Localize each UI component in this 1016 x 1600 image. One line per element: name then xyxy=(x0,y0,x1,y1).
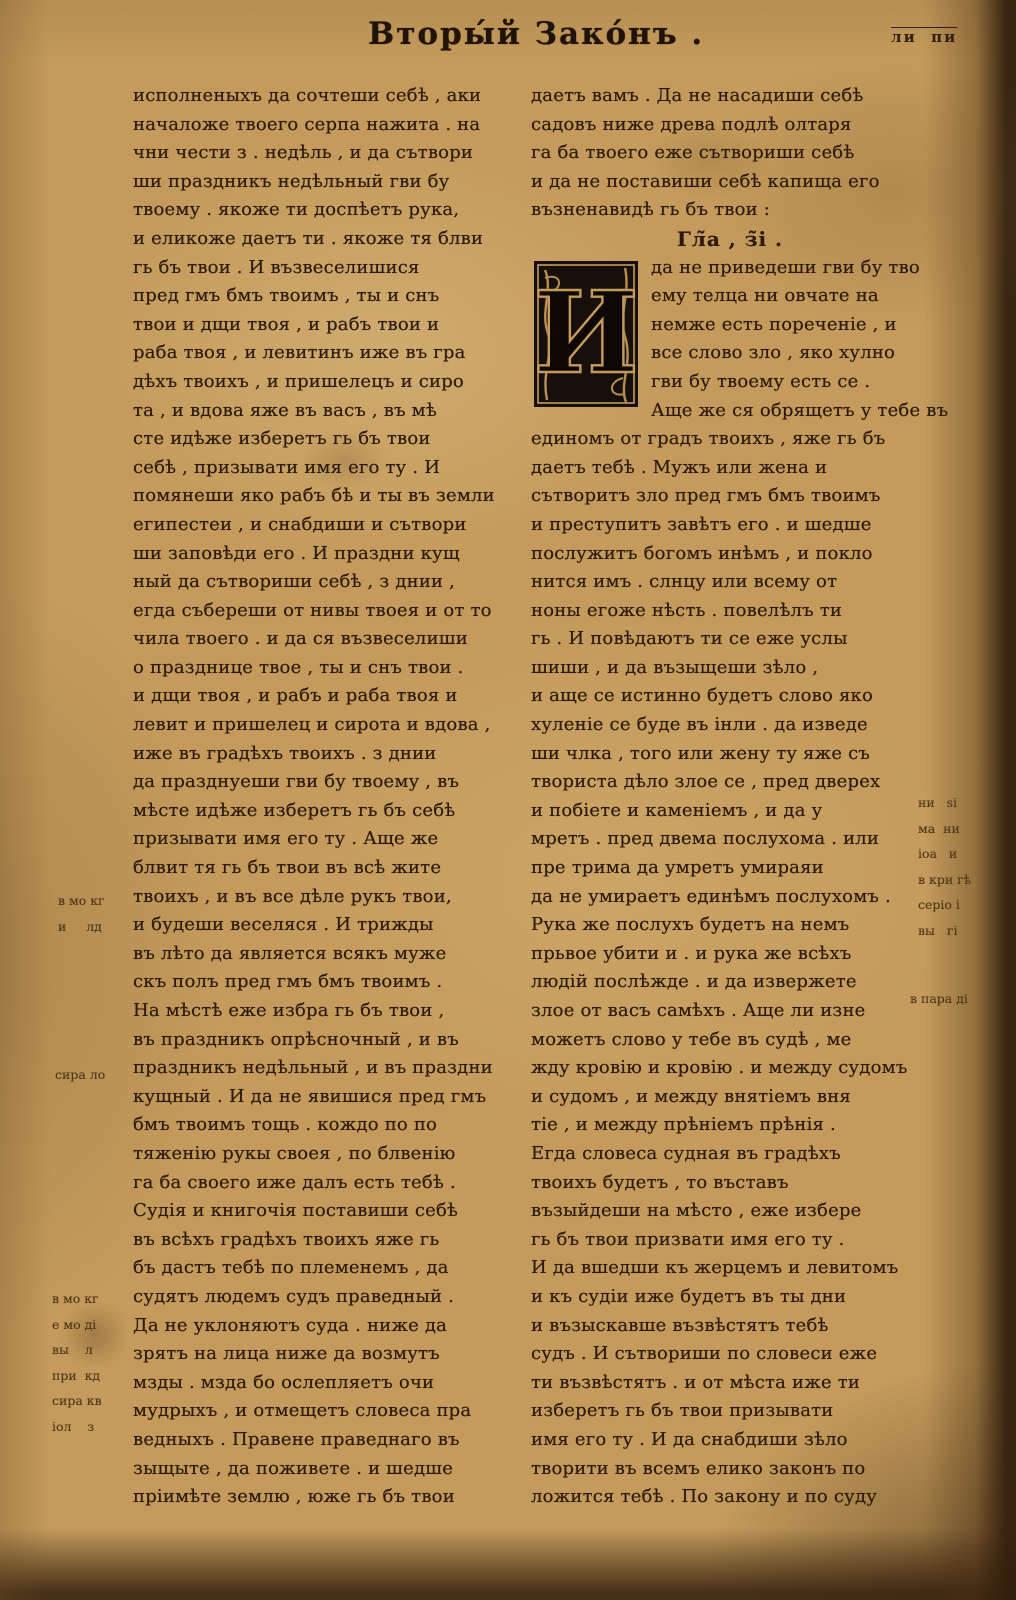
text-line: възненавидѣ гь бъ твои : xyxy=(531,196,929,225)
text-line: твоихъ будетъ , то въставъ xyxy=(531,1169,929,1198)
text-line: пре трима да умретъ умираяи xyxy=(531,854,929,883)
text-line: ный да сътвориши себѣ , з днии , xyxy=(133,568,529,597)
text-line: можетъ слово у тебе въ судѣ , ме xyxy=(531,1026,929,1055)
margin-note-group: в мо кги лд xyxy=(58,888,105,939)
margin-note: е мо ді xyxy=(52,1312,102,1338)
margin-note: іол з xyxy=(52,1414,102,1440)
text-line: мретъ . пред двема послухома . или xyxy=(531,825,929,854)
text-line: и еликоже даетъ ти . якоже тя блви xyxy=(133,225,529,254)
margin-note-group: ни ѕіма ниіоа ив кри гѣсеріо івы гі xyxy=(918,790,992,943)
text-line: и къ судіи иже будетъ въ ты дни xyxy=(531,1283,929,1312)
text-line: даетъ вамъ . Да не насадиши себѣ xyxy=(531,82,929,111)
text-line: помянеши яко рабъ бѣ и ты въ земли xyxy=(133,482,529,511)
margin-note: и лд xyxy=(58,914,105,940)
margin-note: ни ѕі xyxy=(918,790,992,816)
right-text-column: даетъ вамъ . Да не насадиши себѣсадовъ н… xyxy=(531,82,929,1512)
margin-note-group: сира ло xyxy=(55,1062,105,1088)
text-line: призывати имя его ту . Аще же xyxy=(133,825,529,854)
margin-note: вы гі xyxy=(918,918,992,944)
text-line: ноны егоже нѣсть . повелѣлъ ти xyxy=(531,597,929,626)
margin-note: при кд xyxy=(52,1363,102,1389)
text-line: и да не поставиши себѣ капища его xyxy=(531,168,929,197)
text-line: ши заповѣди его . И праздни кущ xyxy=(133,540,529,569)
text-line: тіе , и между прѣніемъ прѣнія . xyxy=(531,1111,929,1140)
margin-note-group: в пара ді xyxy=(910,986,968,1012)
text-line: зыщыте , да поживете . и шедше xyxy=(133,1455,529,1484)
margin-note: сира кв xyxy=(52,1388,102,1414)
margin-note: серіо і xyxy=(918,892,992,918)
text-line: въ праздникъ опрѣсночный , и въ xyxy=(133,1026,529,1055)
text-line: прьвое убити и . и рука же всѣхъ xyxy=(531,940,929,969)
text-line: изберетъ гь бъ твои призывати xyxy=(531,1397,929,1426)
text-line: мудрыхъ , и отмещетъ словеса пра xyxy=(133,1397,529,1426)
text-line: твоему . якоже ти доспѣетъ рука, xyxy=(133,196,529,225)
text-line: началоже твоего серпа нажита . на xyxy=(133,111,529,140)
margin-note: в пара ді xyxy=(910,986,968,1012)
text-line: кущный . И да не явишися пред гмъ xyxy=(133,1083,529,1112)
text-line: и будеши веселяся . И трижды xyxy=(133,911,529,940)
text-line: ши члка , того или жену ту яже съ xyxy=(531,740,929,769)
text-line: гь . И повѣдаютъ ти се еже услы xyxy=(531,625,929,654)
text-line: скъ полъ пред гмъ бмъ твоимъ . xyxy=(133,968,529,997)
text-line: египестеи , и снабдиши и сътвори xyxy=(133,511,529,540)
text-line: да празднуеши гви бу твоему , въ xyxy=(133,768,529,797)
text-line: злое от васъ самѣхъ . Аще ли изне xyxy=(531,997,929,1026)
text-line: левит и пришелец и сирота и вдова , xyxy=(133,711,529,740)
text-line: садовъ ниже древа подлѣ олтаря xyxy=(531,111,929,140)
right-column-top: даетъ вамъ . Да не насадиши себѣсадовъ н… xyxy=(531,82,929,225)
text-line: сте идѣже изберетъ гь бъ твои xyxy=(133,425,529,454)
margin-note: в мо кг xyxy=(52,1286,102,1312)
text-line: тяженію рукы своея , по блвенію xyxy=(133,1140,529,1169)
text-line: шиши , и да възыщеши зѣло , xyxy=(531,654,929,683)
woodcut-initial-art: И xyxy=(533,260,639,408)
margin-note-group: в мо кге мо дівы лпри кдсира квіол з xyxy=(52,1286,102,1439)
initial-letter: И xyxy=(533,268,639,399)
text-line: праздникъ недѣльный , и въ праздни xyxy=(133,1054,529,1083)
text-line: да не умираетъ единѣмъ послухомъ . xyxy=(531,883,929,912)
text-line: мзды . мзда бо ослепляетъ очи xyxy=(133,1369,529,1398)
text-line: хуленіе се буде въ інли . да изведе xyxy=(531,711,929,740)
text-line: ши праздникъ недѣльный гви бу xyxy=(133,168,529,197)
margin-note: іоа и xyxy=(918,841,992,867)
text-line: гь бъ твои . И възвеселишися xyxy=(133,254,529,283)
text-line: нится имъ . слнцу или всему от xyxy=(531,568,929,597)
text-line: ведныхъ . Правене праведнаго въ xyxy=(133,1426,529,1455)
left-text-column: исполненыхъ да сочтеши себѣ , акиначалож… xyxy=(133,82,529,1512)
text-line: судятъ людемъ судъ праведный . xyxy=(133,1283,529,1312)
text-line: и судомъ , и между внятіемъ вня xyxy=(531,1083,929,1112)
text-line: и възыскавше възвѣстятъ тебѣ xyxy=(531,1312,929,1341)
margin-note: вы л xyxy=(52,1337,102,1363)
text-line: дѣхъ твоихъ , и пришелецъ и сиро xyxy=(133,368,529,397)
text-line: Да не уклоняютъ суда . ниже да xyxy=(133,1312,529,1341)
text-line: и побіете и каменіемъ , и да у xyxy=(531,797,929,826)
text-line: въ лѣто да является всякъ муже xyxy=(133,940,529,969)
chapter-heading: Гл̃а , з̃і . xyxy=(531,225,929,254)
text-line: И да вшедши къ жерцемъ и левитомъ xyxy=(531,1254,929,1283)
text-line: възыйдеши на мѣсто , еже избере xyxy=(531,1197,929,1226)
text-line: ложится тебѣ . По закону и по суду xyxy=(531,1483,929,1512)
chapter-rest-text: Аще же ся обрящетъ у тебе въединомъ от г… xyxy=(531,397,929,1512)
text-line: даетъ тебѣ . Мужъ или жена и xyxy=(531,454,929,483)
chapter-body: И да не приведеши гви бу твоему телца ни… xyxy=(531,254,929,1512)
text-line: о празднице твое , ты и снъ твои . xyxy=(133,654,529,683)
text-line: имя его ту . И да снабдиши зѣло xyxy=(531,1426,929,1455)
text-line: Рука же послухъ будетъ на немъ xyxy=(531,911,929,940)
margin-note: сира ло xyxy=(55,1062,105,1088)
text-line: га ба своего иже далъ есть тебѣ . xyxy=(133,1169,529,1198)
text-line: иже въ градѣхъ твоихъ . з днии xyxy=(133,740,529,769)
text-line: твои и дщи твоя , и рабъ твои и xyxy=(133,311,529,340)
book-page: Вторы́й Зако́нъ . ли пи исполненыхъ да с… xyxy=(0,0,1016,1600)
text-line: и дщи твоя , и рабъ и раба твоя и xyxy=(133,682,529,711)
text-line: Судія и книгочія поставиши себѣ xyxy=(133,1197,529,1226)
text-line: твориста дѣло злое се , пред дверех xyxy=(531,768,929,797)
text-line: та , и вдова яже въ васъ , въ мѣ xyxy=(133,397,529,426)
text-line: твоихъ , и въ все дѣле рукъ твои, xyxy=(133,883,529,912)
text-line: сътворитъ зло пред гмъ бмъ твоимъ xyxy=(531,482,929,511)
text-line: судъ . И сътвориши по словеси еже xyxy=(531,1340,929,1369)
text-line: людій послѣжде . и да извержете xyxy=(531,968,929,997)
decorated-initial: И xyxy=(533,260,639,408)
text-line: бъ дастъ тебѣ по племенемъ , да xyxy=(133,1254,529,1283)
text-line: и аще се истинно будетъ слово яко xyxy=(531,682,929,711)
text-line: Егда словеса судная въ градѣхъ xyxy=(531,1140,929,1169)
text-line: зрятъ на лица ниже да возмутъ xyxy=(133,1340,529,1369)
margin-note: в кри гѣ xyxy=(918,867,992,893)
margin-note: в мо кг xyxy=(58,888,105,914)
text-line: жду кровію и кровію . и между судомъ xyxy=(531,1054,929,1083)
text-line: и преступитъ завѣтъ его . и шедше xyxy=(531,511,929,540)
text-line: блвит тя гь бъ твои въ всѣ жите xyxy=(133,854,529,883)
text-line: На мѣстѣ еже избра гь бъ твои , xyxy=(133,997,529,1026)
running-title: Вторы́й Зако́нъ . xyxy=(368,16,704,52)
text-line: творити въ всемъ елико законъ по xyxy=(531,1455,929,1484)
text-line: чила твоего . и да ся възвеселиши xyxy=(133,625,529,654)
text-line: чни чести з . недѣль , и да сътвори xyxy=(133,139,529,168)
text-line: гь бъ твои призвати имя его ту . xyxy=(531,1226,929,1255)
text-line: раба твоя , и левитинъ иже въ гра xyxy=(133,339,529,368)
text-line: мѣсте идѣже изберетъ гь бъ себѣ xyxy=(133,797,529,826)
text-line: единомъ от градъ твоихъ , яже гь бъ xyxy=(531,425,929,454)
folio-number: ли пи xyxy=(891,28,957,46)
text-line: егда събереши от нивы твоея и от то xyxy=(133,597,529,626)
text-line: въ всѣхъ градѣхъ твоихъ яже гь xyxy=(133,1226,529,1255)
text-line: га ба твоего еже сътвориши себѣ xyxy=(531,139,929,168)
text-line: пред гмъ бмъ твоимъ , ты и снъ xyxy=(133,282,529,311)
margin-note: ма ни xyxy=(918,816,992,842)
text-line: пріимѣте землю , юже гь бъ твои xyxy=(133,1483,529,1512)
text-line: ти възвѣстятъ . и от мѣста иже ти xyxy=(531,1369,929,1398)
text-line: исполненыхъ да сочтеши себѣ , аки xyxy=(133,82,529,111)
text-line: послужитъ богомъ инѣмъ , и покло xyxy=(531,540,929,569)
text-line: бмъ твоимъ тощь . кождо по по xyxy=(133,1111,529,1140)
text-line: себѣ , призывати имя его ту . И xyxy=(133,454,529,483)
